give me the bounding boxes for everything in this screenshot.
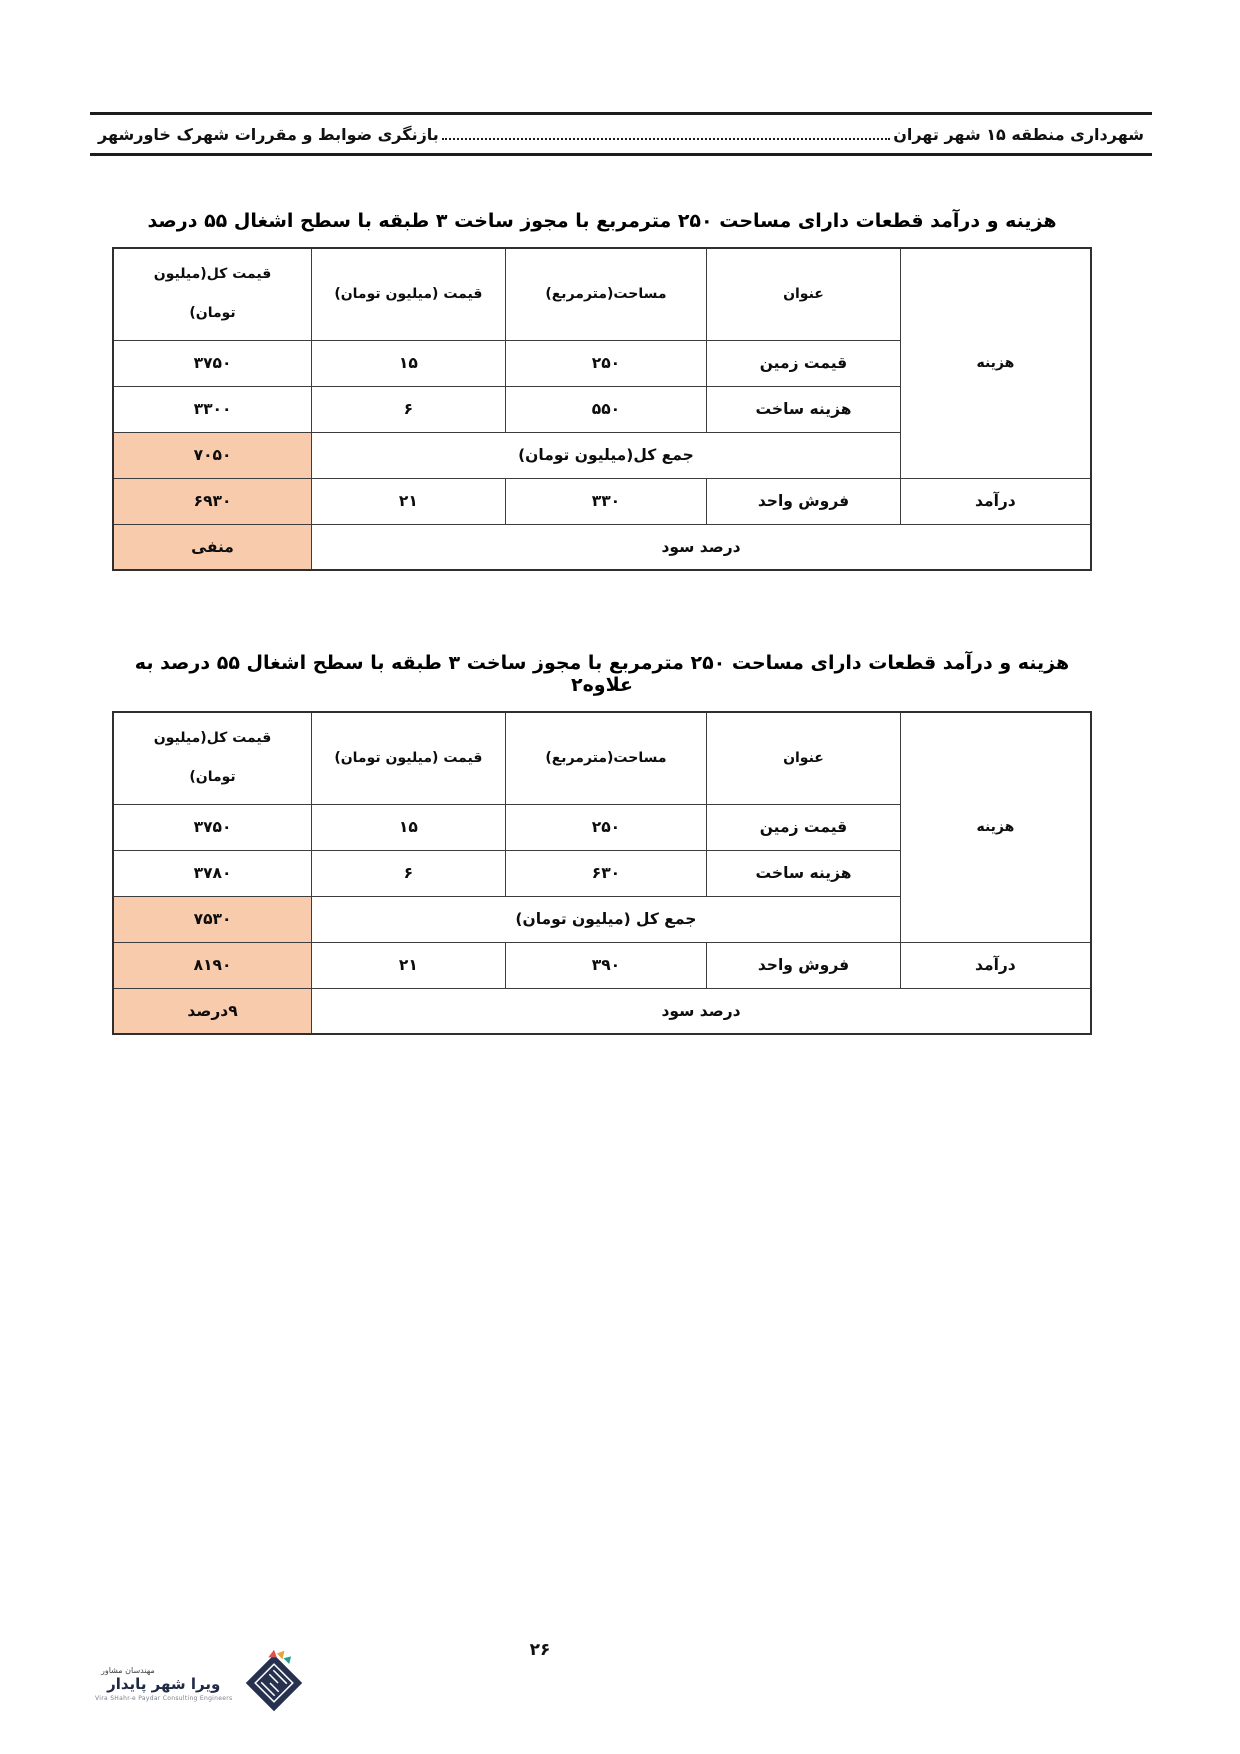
company-logo: مهندسان مشاور ویرا شهر پایدار Vira SHahr… [95, 1645, 312, 1725]
table-2-sale-price: ۲۱ [312, 942, 506, 988]
table-2-sale-area: ۳۹۰ [505, 942, 706, 988]
table-1-header-total: قیمت کل(میلیون تومان) [113, 248, 312, 340]
table-1-land-item: قیمت زمین [707, 340, 901, 386]
header-dotted-leader [442, 138, 890, 140]
table-1-category-income-cell: درآمد [900, 478, 1091, 524]
logo-diamond-icon [236, 1645, 312, 1725]
table-2-construction-total: ۳۷۸۰ [113, 850, 312, 896]
table-row: درآمد فروش واحد ۳۹۰ ۲۱ ۸۱۹۰ [113, 942, 1091, 988]
table-1-category-cost-cell: هزینه [900, 248, 1091, 478]
table-2-header-total: قیمت کل(میلیون تومان) [113, 712, 312, 804]
table-2-category-income-cell: درآمد [900, 942, 1091, 988]
table-1-header-item: عنوان [707, 248, 901, 340]
table-1-sale-price: ۲۱ [312, 478, 506, 524]
table-2-land-total: ۳۷۵۰ [113, 804, 312, 850]
table-1-land-total: ۳۷۵۰ [113, 340, 312, 386]
table-1-construction-price: ۶ [312, 386, 506, 432]
table-row: هزینه عنوان مساحت(مترمربع) قیمت (میلیون … [113, 712, 1091, 804]
table-1-construction-total: ۳۳۰۰ [113, 386, 312, 432]
table-2-land-item: قیمت زمین [707, 804, 901, 850]
table-2-sale-item: فروش واحد [707, 942, 901, 988]
table-row: درصد سود ۹درصد [113, 988, 1091, 1034]
table-2-category-cost-cell: هزینه [900, 712, 1091, 942]
table-1-sale-total: ۶۹۳۰ [113, 478, 312, 524]
table-1-sale-item: فروش واحد [707, 478, 901, 524]
logo-text-block: مهندسان مشاور ویرا شهر پایدار Vira SHahr… [95, 1667, 232, 1702]
table-2-title: هزینه و درآمد قطعات دارای مساحت ۲۵۰ مترم… [112, 652, 1092, 696]
table-1-sale-area: ۳۳۰ [505, 478, 706, 524]
logo-company-name: ویرا شهر پایدار [95, 1676, 232, 1693]
logo-english-name: Vira SHahr-e Paydar Consulting Engineers [95, 1695, 232, 1702]
table-row: درصد سود منفی [113, 524, 1091, 570]
table-1-header-area: مساحت(مترمربع) [505, 248, 706, 340]
table-row: درآمد فروش واحد ۳۳۰ ۲۱ ۶۹۳۰ [113, 478, 1091, 524]
table-1-header-price: قیمت (میلیون تومان) [312, 248, 506, 340]
table-2-header-area: مساحت(مترمربع) [505, 712, 706, 804]
table-1-section: هزینه و درآمد قطعات دارای مساحت ۲۵۰ مترم… [112, 210, 1092, 571]
table-2-section: هزینه و درآمد قطعات دارای مساحت ۲۵۰ مترم… [112, 652, 1092, 1035]
table-1-land-area: ۲۵۰ [505, 340, 706, 386]
table-2-construction-area: ۶۳۰ [505, 850, 706, 896]
cost-income-table-2: هزینه عنوان مساحت(مترمربع) قیمت (میلیون … [112, 711, 1092, 1035]
table-2-profit-value: ۹درصد [113, 988, 312, 1034]
table-2-header-total-line1: قیمت کل(میلیون [119, 730, 306, 748]
header-left-text: بازنگری ضوابط و مقررات شهرک خاورشهر [98, 125, 439, 144]
table-1-sum-total: ۷۰۵۰ [113, 432, 312, 478]
table-1-land-price: ۱۵ [312, 340, 506, 386]
table-2-land-area: ۲۵۰ [505, 804, 706, 850]
table-2-land-price: ۱۵ [312, 804, 506, 850]
table-1-header-total-line2: تومان) [119, 305, 306, 323]
table-1-construction-area: ۵۵۰ [505, 386, 706, 432]
table-1-construction-item: هزینه ساخت [707, 386, 901, 432]
table-2-profit-label: درصد سود [312, 988, 1091, 1034]
table-2-sale-total: ۸۱۹۰ [113, 942, 312, 988]
document-page: شهرداری منطقه ۱۵ شهر تهران بازنگری ضوابط… [0, 0, 1240, 1754]
table-1-profit-label: درصد سود [312, 524, 1091, 570]
table-row: هزینه عنوان مساحت(مترمربع) قیمت (میلیون … [113, 248, 1091, 340]
table-2-construction-item: هزینه ساخت [707, 850, 901, 896]
cost-income-table-1: هزینه عنوان مساحت(مترمربع) قیمت (میلیون … [112, 247, 1092, 571]
table-1-profit-value: منفی [113, 524, 312, 570]
table-1-header-total-line1: قیمت کل(میلیون [119, 266, 306, 284]
table-2-header-price: قیمت (میلیون تومان) [312, 712, 506, 804]
table-1-title: هزینه و درآمد قطعات دارای مساحت ۲۵۰ مترم… [112, 210, 1092, 232]
table-1-sum-label: جمع کل(میلیون تومان) [312, 432, 901, 478]
page-header: شهرداری منطقه ۱۵ شهر تهران بازنگری ضوابط… [90, 112, 1152, 156]
table-2-sum-label: جمع کل (میلیون تومان) [312, 896, 901, 942]
table-2-header-total-line2: تومان) [119, 769, 306, 787]
header-right-text: شهرداری منطقه ۱۵ شهر تهران [893, 125, 1144, 144]
table-2-header-item: عنوان [707, 712, 901, 804]
table-2-sum-total: ۷۵۳۰ [113, 896, 312, 942]
table-2-construction-price: ۶ [312, 850, 506, 896]
